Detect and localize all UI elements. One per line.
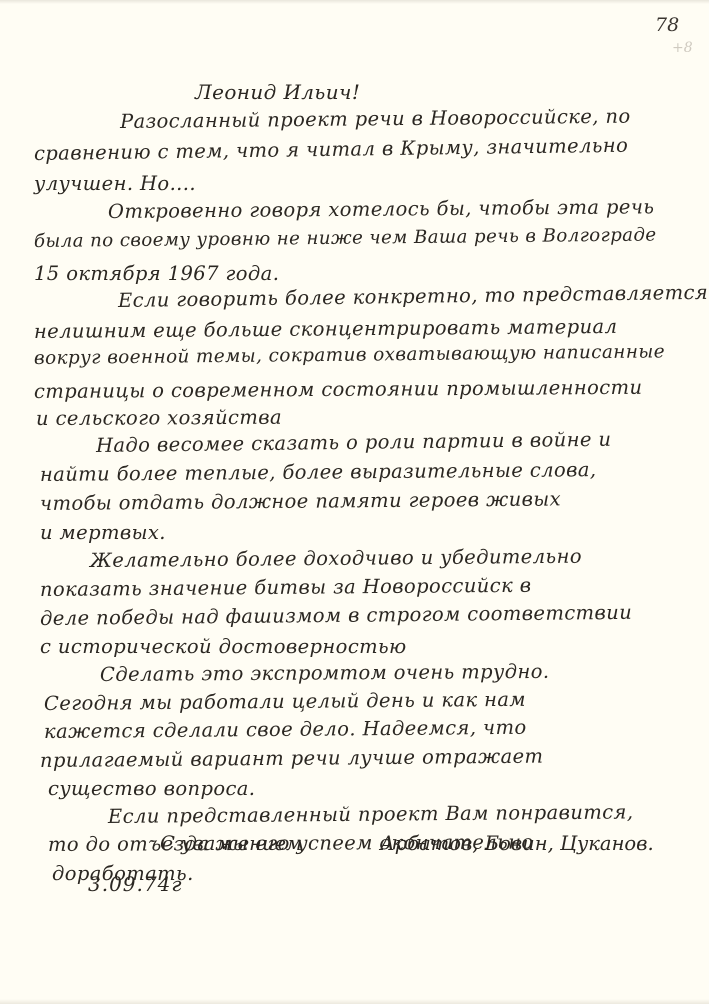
letter-line: существо вопроса. bbox=[48, 777, 255, 800]
letter-signatures: Арбатов, Бовин, Цуканов. bbox=[380, 832, 654, 855]
letter-line: показать значение битвы за Новороссийск … bbox=[40, 574, 532, 601]
letter-line: Надо весомее сказать о роли партии в вой… bbox=[96, 428, 612, 457]
scan-bottom-edge bbox=[0, 999, 709, 1004]
scan-top-edge bbox=[0, 0, 709, 4]
letter-line: Если представленный проект Вам понравитс… bbox=[108, 800, 634, 828]
letter-line: прилагаемый вариант речи лучше отражает bbox=[40, 745, 544, 772]
letter-line: и мертвых. bbox=[40, 521, 166, 544]
letter-line: деле победы над фашизмом в строгом соотв… bbox=[40, 601, 632, 630]
letter-line: сравнению с тем, что я читал в Крыму, зн… bbox=[34, 134, 629, 165]
page-number-secondary: +8 bbox=[672, 40, 693, 56]
letter-line: Сегодня мы работали целый день и как нам bbox=[44, 688, 526, 715]
page-number: 78 bbox=[655, 14, 679, 36]
letter-greeting: Леонид Ильич! bbox=[195, 80, 360, 104]
letter-line: Если говорить более конкретно, то предст… bbox=[118, 281, 708, 312]
letter-line: Разосланный проект речи в Новороссийске,… bbox=[120, 105, 631, 133]
letter-line: улучшен. Но.... bbox=[34, 172, 196, 195]
letter-line: чтобы отдать должное памяти героев живых bbox=[40, 487, 561, 515]
letter-date: 3.09.74г bbox=[88, 872, 182, 896]
letter-line: найти более теплые, более выразительные … bbox=[40, 458, 597, 486]
letter-line: была по своему уровню не ниже чем Ваша р… bbox=[34, 224, 657, 252]
letter-line: нелишним еще больше сконцентрировать мат… bbox=[34, 315, 618, 343]
letter-closing: С уважением bbox=[160, 832, 302, 855]
letter-line: и сельского хозяйства bbox=[36, 406, 282, 430]
letter-line: кажется сделали свое дело. Надеемся, что bbox=[44, 716, 527, 743]
letter-line: 15 октября 1967 года. bbox=[34, 262, 279, 285]
letter-line: Откровенно говоря хотелось бы, чтобы эта… bbox=[108, 195, 655, 223]
letter-line: с исторической достоверностью bbox=[40, 635, 407, 658]
letter-page: 78 +8 Леонид Ильич! Разосланный проект р… bbox=[0, 0, 709, 1004]
letter-line: Сделать это экспромтом очень трудно. bbox=[100, 660, 550, 686]
letter-line: Желательно более доходчиво и убедительно bbox=[90, 545, 582, 572]
letter-line: страницы о современном состоянии промышл… bbox=[34, 376, 643, 403]
letter-line: вокруг военной темы, сократив охватывающ… bbox=[34, 341, 665, 369]
